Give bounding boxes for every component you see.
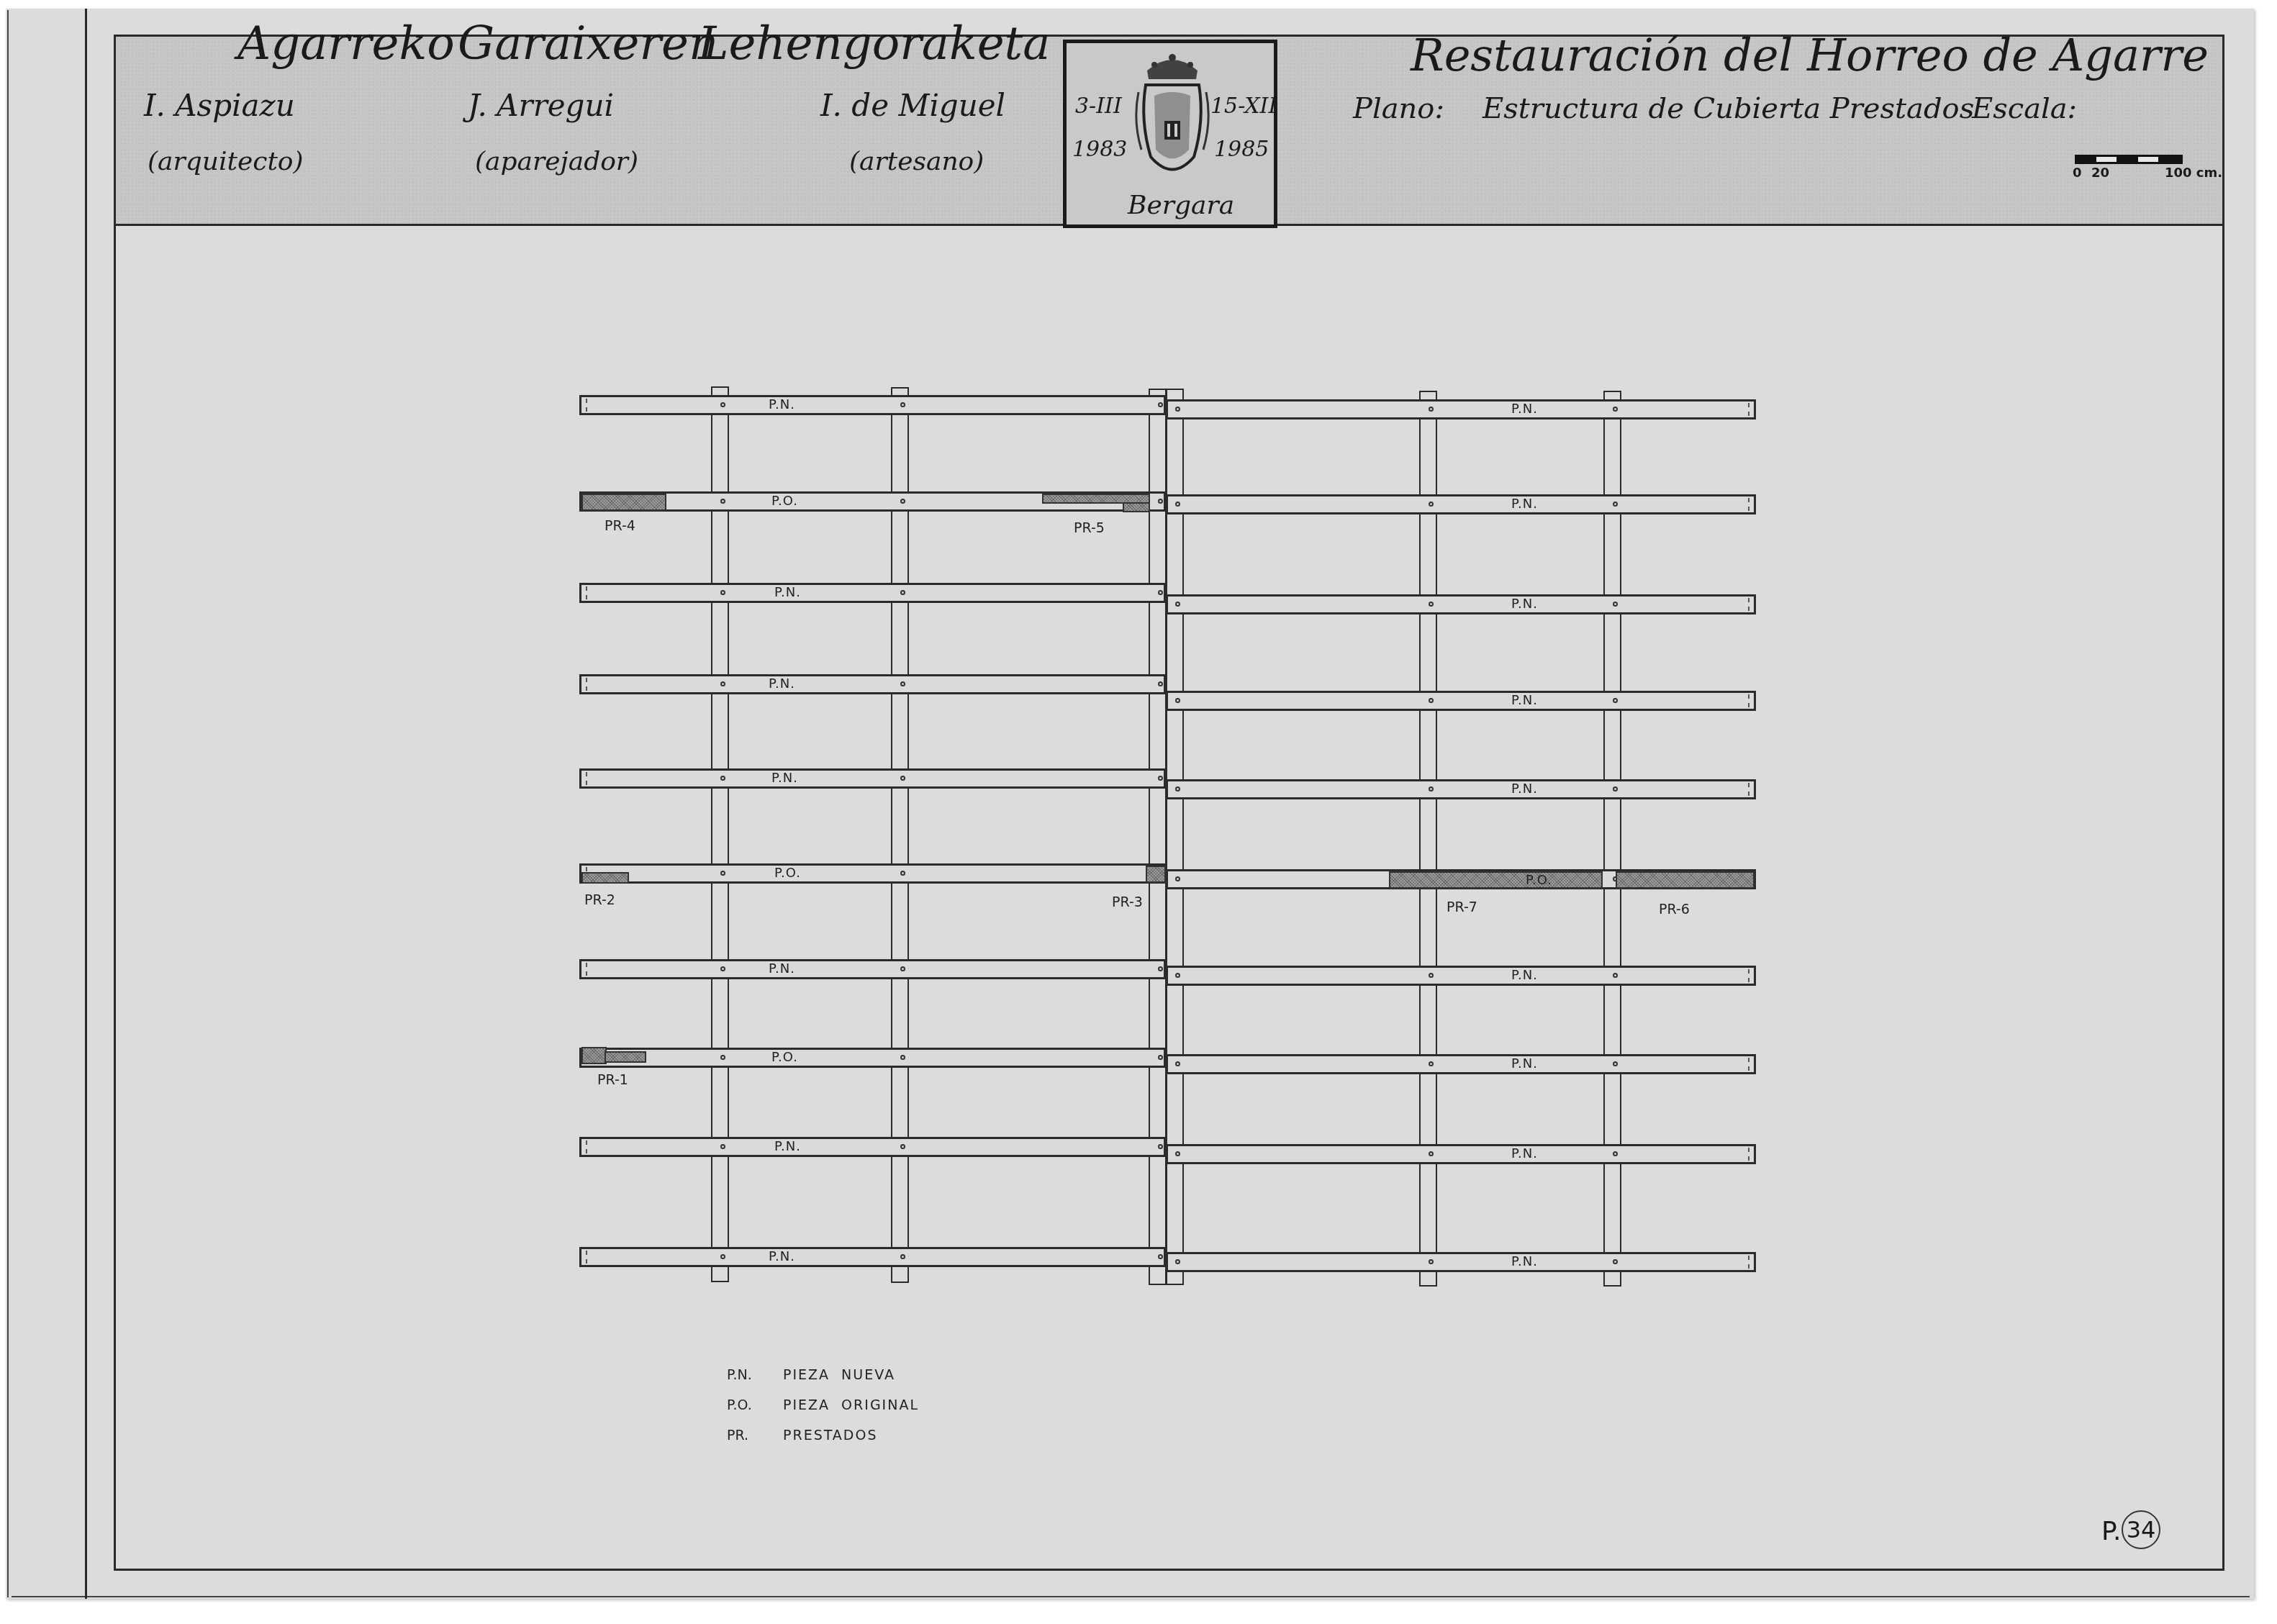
beam-label: P.O. <box>774 866 801 881</box>
borrowed-piece-label: PR-7 <box>1447 899 1477 915</box>
peg-icon <box>1613 786 1618 791</box>
peg-icon <box>1158 499 1163 504</box>
page-number-badge: 34 <box>2122 1510 2160 1549</box>
credit-artisan-name: I. de Miguel <box>820 88 1005 123</box>
legend-abbr: PR. <box>727 1428 783 1458</box>
plan-label: Plano: <box>1353 92 1444 125</box>
peg-icon <box>1613 502 1618 507</box>
legend-abbr: P.O. <box>727 1397 783 1428</box>
plan-name: Estructura de Cubierta Prestados <box>1482 92 1974 125</box>
borrowed-piece-label: PR-4 <box>605 518 635 534</box>
beam-label: P.N. <box>1511 596 1538 612</box>
beam-left <box>579 768 1166 789</box>
scale-tick-0: 0 <box>2073 165 2082 181</box>
beam-label: P.N. <box>1511 1146 1538 1161</box>
beam-right <box>1166 1252 1756 1272</box>
credit-architect-role: (arquitecto) <box>148 147 304 176</box>
emblem-end-date: 15-XII <box>1210 94 1277 119</box>
beam-right <box>1166 779 1756 799</box>
legend-desc: PRESTADOS <box>783 1428 878 1458</box>
beam-label: P.N. <box>774 1139 801 1154</box>
peg-icon <box>720 681 725 686</box>
borrowed-piece-hatch <box>605 1051 646 1063</box>
peg-icon <box>900 776 905 781</box>
peg-icon <box>900 402 905 407</box>
beam-left <box>579 1137 1166 1157</box>
peg-icon <box>1429 1259 1434 1264</box>
beam-label: P.N. <box>1511 1056 1538 1071</box>
emblem-box: 3-III 1983 15-XII 1985 Bergara <box>1063 40 1277 228</box>
borrowed-piece-label: PR-6 <box>1659 902 1690 917</box>
peg-icon <box>1429 602 1434 607</box>
peg-icon <box>1613 1151 1618 1156</box>
beam-right <box>1166 399 1756 419</box>
legend: P.N. PIEZA NUEVA P.O. PIEZA ORIGINAL PR.… <box>727 1367 919 1458</box>
peg-icon <box>900 871 905 876</box>
borrowed-piece-hatch <box>1123 502 1150 512</box>
peg-icon <box>720 871 725 876</box>
peg-icon <box>900 966 905 971</box>
peg-icon <box>900 1254 905 1259</box>
credit-surveyor-name: J. Arregui <box>468 88 614 123</box>
borrowed-piece-label: PR-3 <box>1112 894 1143 910</box>
beam-left <box>579 863 1166 884</box>
peg-icon <box>720 966 725 971</box>
peg-icon <box>1175 1259 1180 1264</box>
peg-icon <box>1175 973 1180 978</box>
peg-icon <box>900 681 905 686</box>
title-spanish: Restauración del Horreo de Agarre <box>1411 29 2209 81</box>
peg-icon <box>1429 973 1434 978</box>
peg-icon <box>900 499 905 504</box>
beam-label: P.O. <box>771 1050 798 1065</box>
peg-icon <box>1175 876 1180 881</box>
peg-icon <box>1613 1061 1618 1066</box>
beam-left <box>579 583 1166 603</box>
peg-icon <box>900 1144 905 1149</box>
beam-label: P.N. <box>1511 402 1538 417</box>
scale-bar <box>2075 155 2183 164</box>
peg-icon <box>1175 1151 1180 1156</box>
beam-label: P.N. <box>774 585 801 600</box>
peg-icon <box>720 590 725 595</box>
peg-icon <box>1158 402 1163 407</box>
credit-surveyor-role: (aparejador) <box>475 147 638 176</box>
borrowed-piece-label: PR-2 <box>584 892 615 908</box>
peg-icon <box>1175 502 1180 507</box>
credit-architect-name: I. Aspiazu <box>144 88 295 123</box>
scale-tick-100: 100 cm. <box>2165 165 2222 181</box>
beam-right <box>1166 966 1756 986</box>
beam-label: P.N. <box>771 771 798 786</box>
peg-icon <box>1613 698 1618 703</box>
peg-icon <box>1158 776 1163 781</box>
peg-icon <box>1158 1254 1163 1259</box>
beam-label: P.O. <box>1526 873 1552 888</box>
borrowed-piece-label: PR-5 <box>1074 520 1105 536</box>
peg-icon <box>1175 786 1180 791</box>
peg-icon <box>1613 407 1618 412</box>
title-basque-word-2: Garaixeren <box>458 17 718 71</box>
beam-label: P.N. <box>1511 968 1538 983</box>
credit-artisan-role: (artesano) <box>849 147 984 176</box>
binding-margin-line <box>85 9 87 1599</box>
scale-tick-20: 20 <box>2091 165 2109 181</box>
legend-desc: PIEZA ORIGINAL <box>783 1397 919 1428</box>
peg-icon <box>1158 1144 1163 1149</box>
peg-icon <box>1429 1151 1434 1156</box>
beam-left <box>579 395 1166 415</box>
borrowed-piece-hatch <box>1616 871 1755 889</box>
peg-icon <box>1158 1055 1163 1060</box>
scale-label: Escala: <box>1972 92 2077 125</box>
emblem-end-year: 1985 <box>1214 137 1269 162</box>
emblem-place: Bergara <box>1128 191 1234 220</box>
borrowed-piece-hatch <box>1389 871 1603 889</box>
legend-row: P.N. PIEZA NUEVA <box>727 1367 919 1397</box>
beam-right <box>1166 691 1756 711</box>
peg-icon <box>1613 1259 1618 1264</box>
paper-edge-line <box>7 10 9 1597</box>
emblem-start-date: 3-III <box>1075 94 1122 119</box>
peg-icon <box>1429 698 1434 703</box>
title-basque-word-3: Lehengoraketa <box>698 17 1050 71</box>
beam-label: P.O. <box>771 494 798 509</box>
beam-right <box>1166 1144 1756 1164</box>
peg-icon <box>1175 602 1180 607</box>
paper-edge-line <box>12 1596 2250 1597</box>
beam-left <box>579 959 1166 979</box>
peg-icon <box>720 1144 725 1149</box>
peg-icon <box>720 1254 725 1259</box>
page-prefix: P. <box>2101 1517 2122 1546</box>
legend-desc: PIEZA NUEVA <box>783 1367 895 1397</box>
peg-icon <box>720 499 725 504</box>
peg-icon <box>720 402 725 407</box>
beam-right <box>1166 494 1756 514</box>
peg-icon <box>1175 407 1180 412</box>
beam-left <box>579 1048 1166 1068</box>
borrowed-piece-hatch <box>581 494 666 511</box>
peg-icon <box>1613 602 1618 607</box>
peg-icon <box>1175 698 1180 703</box>
peg-icon <box>900 590 905 595</box>
beam-label: P.N. <box>769 1249 795 1264</box>
borrowed-piece-label: PR-1 <box>597 1072 628 1088</box>
peg-icon <box>1613 973 1618 978</box>
legend-row: PR. PRESTADOS <box>727 1428 919 1458</box>
coat-of-arms-icon <box>1133 49 1212 186</box>
legend-abbr: P.N. <box>727 1367 783 1397</box>
beam-label: P.N. <box>1511 496 1538 512</box>
borrowed-piece-hatch <box>581 1047 607 1064</box>
legend-row: P.O. PIEZA ORIGINAL <box>727 1397 919 1428</box>
beam-right <box>1166 1054 1756 1074</box>
beam-left <box>579 674 1166 694</box>
beam-label: P.N. <box>769 676 795 691</box>
peg-icon <box>1429 1061 1434 1066</box>
peg-icon <box>1429 786 1434 791</box>
emblem-start-year: 1983 <box>1072 137 1127 162</box>
peg-icon <box>900 1055 905 1060</box>
title-basque-word-1: Agarreko <box>237 17 455 71</box>
beam-right <box>1166 594 1756 614</box>
peg-icon <box>1429 502 1434 507</box>
peg-icon <box>1158 590 1163 595</box>
beam-label: P.N. <box>1511 693 1538 708</box>
beam-left <box>579 1247 1166 1267</box>
peg-icon <box>1158 681 1163 686</box>
peg-icon <box>1158 966 1163 971</box>
beam-label: P.N. <box>769 961 795 976</box>
borrowed-piece-hatch <box>1146 866 1166 883</box>
beam-label: P.N. <box>769 397 795 412</box>
peg-icon <box>720 776 725 781</box>
beam-label: P.N. <box>1511 1254 1538 1269</box>
peg-icon <box>720 1055 725 1060</box>
peg-icon <box>1175 1061 1180 1066</box>
borrowed-piece-hatch <box>581 872 629 884</box>
beam-label: P.N. <box>1511 781 1538 797</box>
peg-icon <box>1429 407 1434 412</box>
